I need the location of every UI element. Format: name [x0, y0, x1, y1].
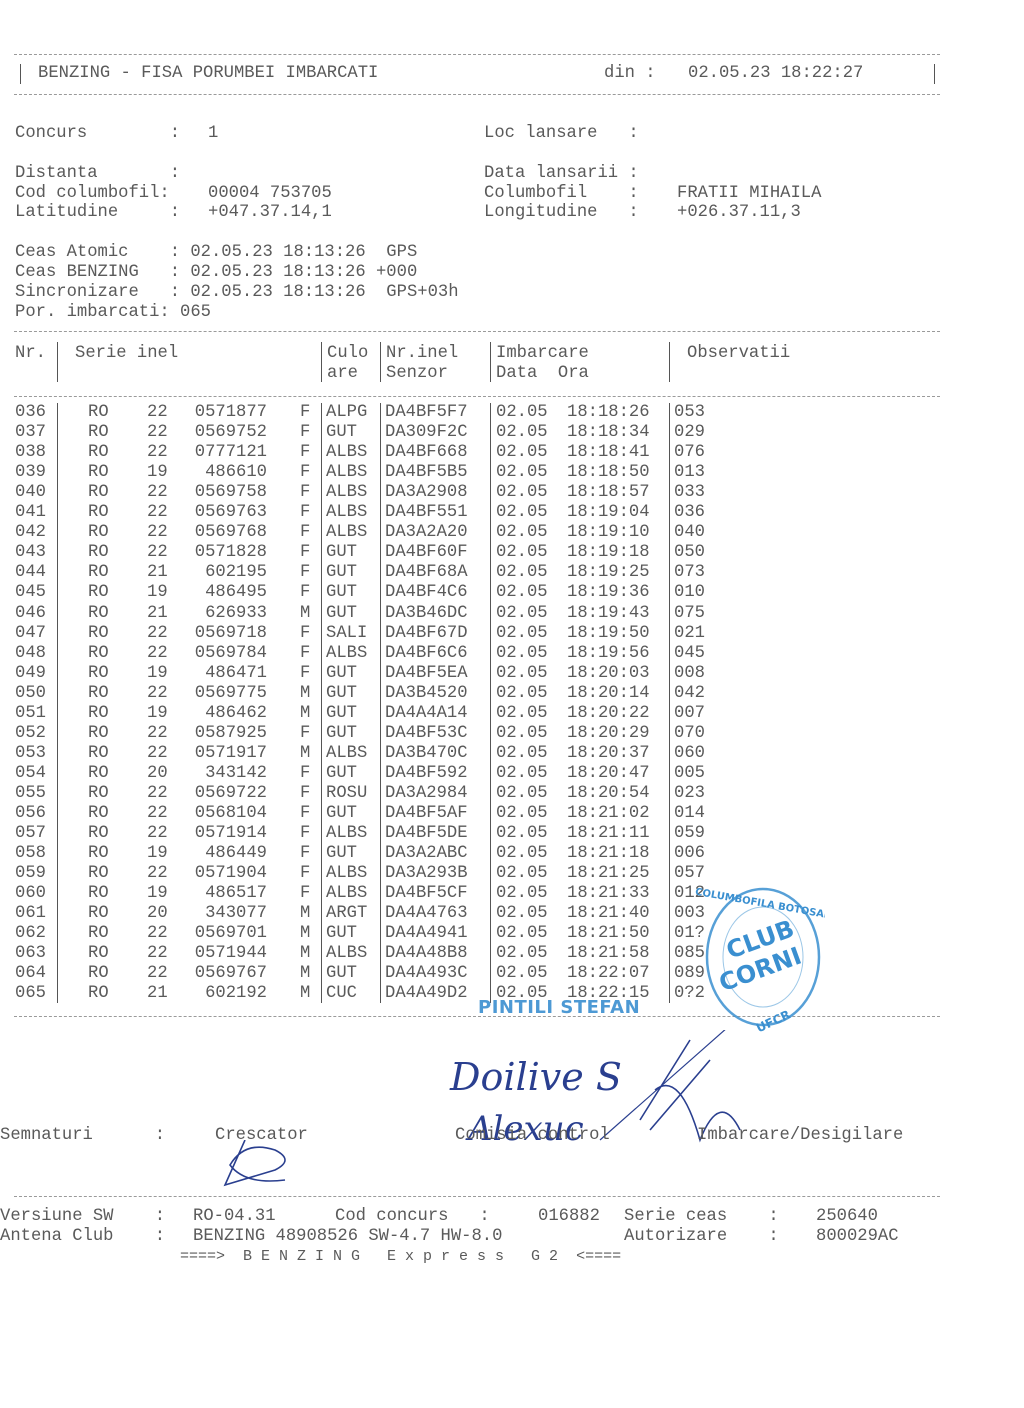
row-observatii: 050 [674, 543, 705, 563]
row-observatii: 059 [674, 824, 705, 844]
header-nr: Nr. [15, 344, 46, 364]
row-country: RO [88, 804, 109, 824]
row-sensor: DA4A48B8 [385, 944, 468, 964]
row-year: 22 [147, 443, 168, 463]
row-date: 02.05 [496, 884, 548, 904]
print-date-value: 02.05.23 18:22:27 [688, 64, 863, 84]
row-country: RO [88, 844, 109, 864]
header-observatii: Observatii [687, 344, 790, 364]
row-year: 22 [147, 804, 168, 824]
row-year: 22 [147, 864, 168, 884]
row-year: 22 [147, 924, 168, 944]
row-year: 19 [147, 583, 168, 603]
row-observatii: 070 [674, 724, 705, 744]
row-ring-number: 0569767 [172, 964, 267, 984]
col-divider [669, 342, 670, 382]
row-nr: 038 [15, 443, 46, 463]
row-sensor: DA3B46DC [385, 604, 468, 624]
row-year: 19 [147, 844, 168, 864]
row-date: 02.05 [496, 664, 548, 684]
row-time: 18:20:37 [567, 744, 650, 764]
row-sex: F [300, 664, 310, 684]
stamp-name: PINTILI STEFAN [478, 997, 640, 1018]
row-sensor: DA4A493C [385, 964, 468, 984]
row-country: RO [88, 563, 109, 583]
row-sex: M [300, 924, 310, 944]
row-nr: 050 [15, 684, 46, 704]
row-sensor: DA3A2908 [385, 483, 468, 503]
loc-lansare-label: Loc lansare : [484, 124, 639, 144]
row-date: 02.05 [496, 924, 548, 944]
row-date: 02.05 [496, 463, 548, 483]
row-country: RO [88, 604, 109, 624]
row-time: 18:21:40 [567, 904, 650, 924]
row-ring-number: 343077 [172, 904, 267, 924]
row-color: GUT [326, 664, 357, 684]
longitudine-value: +026.37.11,3 [677, 203, 801, 223]
row-sex: F [300, 583, 310, 603]
row-color: GUT [326, 924, 357, 944]
row-sensor: DA4BF60F [385, 543, 468, 563]
row-country: RO [88, 463, 109, 483]
row-color: ALBS [326, 644, 367, 664]
row-country: RO [88, 724, 109, 744]
row-date: 02.05 [496, 944, 548, 964]
col-divider [669, 403, 670, 1003]
row-color: GUT [326, 764, 357, 784]
row-observatii: 076 [674, 443, 705, 463]
row-time: 18:19:25 [567, 563, 650, 583]
row-sex: F [300, 463, 310, 483]
row-observatii: 040 [674, 523, 705, 543]
row-nr: 065 [15, 984, 46, 1004]
row-date: 02.05 [496, 804, 548, 824]
row-time: 18:19:50 [567, 624, 650, 644]
row-country: RO [88, 523, 109, 543]
row-year: 22 [147, 503, 168, 523]
row-observatii: 033 [674, 483, 705, 503]
versiune-label: Versiune SW : [0, 1207, 165, 1227]
row-sensor: DA4BF592 [385, 764, 468, 784]
row-color: GUT [326, 604, 357, 624]
row-country: RO [88, 824, 109, 844]
concurs-value: 1 [208, 124, 218, 144]
row-ring-number: 0571914 [172, 824, 267, 844]
row-observatii: 006 [674, 844, 705, 864]
row-time: 18:18:50 [567, 463, 650, 483]
row-ring-number: 486471 [172, 664, 267, 684]
header-imbarcare-2: Data Ora [496, 364, 589, 384]
row-sex: F [300, 844, 310, 864]
row-country: RO [88, 924, 109, 944]
row-color: ALBS [326, 884, 367, 904]
row-sensor: DA4BF5AF [385, 804, 468, 824]
row-sex: F [300, 804, 310, 824]
row-time: 18:20:47 [567, 764, 650, 784]
row-time: 18:19:18 [567, 543, 650, 563]
row-observatii: 008 [674, 664, 705, 684]
row-sensor: DA4BF4C6 [385, 583, 468, 603]
row-observatii: 021 [674, 624, 705, 644]
row-sex: F [300, 543, 310, 563]
row-sex: F [300, 824, 310, 844]
row-year: 19 [147, 664, 168, 684]
serie-ceas-value: 250640 [816, 1207, 878, 1227]
row-time: 18:20:29 [567, 724, 650, 744]
row-sex: F [300, 423, 310, 443]
header-culoare-2: are [327, 364, 358, 384]
crescator-signature-icon [215, 1140, 295, 1190]
row-color: GUT [326, 844, 357, 864]
row-color: ARGT [326, 904, 367, 924]
row-date: 02.05 [496, 443, 548, 463]
row-year: 22 [147, 964, 168, 984]
row-date: 02.05 [496, 724, 548, 744]
row-ring-number: 486462 [172, 704, 267, 724]
row-sex: F [300, 724, 310, 744]
row-nr: 041 [15, 503, 46, 523]
row-sex: F [300, 563, 310, 583]
col-divider [490, 342, 491, 382]
header-left-border [20, 64, 21, 84]
row-sensor: DA4BF668 [385, 443, 468, 463]
row-ring-number: 0571877 [172, 403, 267, 423]
row-observatii: 057 [674, 864, 705, 884]
row-time: 18:21:50 [567, 924, 650, 944]
row-time: 18:21:58 [567, 944, 650, 964]
porumbei-imbarcati: Por. imbarcati: 065 [15, 303, 211, 323]
longitudine-label: Longitudine : [484, 203, 639, 223]
row-ring-number: 0571917 [172, 744, 267, 764]
row-sex: F [300, 884, 310, 904]
row-sensor: DA4BF67D [385, 624, 468, 644]
row-nr: 053 [15, 744, 46, 764]
row-nr: 048 [15, 644, 46, 664]
row-time: 18:21:11 [567, 824, 650, 844]
serie-ceas-label: Serie ceas : [624, 1207, 779, 1227]
col-divider [321, 403, 322, 1003]
row-sensor: DA4BF53C [385, 724, 468, 744]
row-country: RO [88, 624, 109, 644]
row-time: 18:22:07 [567, 964, 650, 984]
row-nr: 049 [15, 664, 46, 684]
autorizare-label: Autorizare : [624, 1227, 779, 1247]
semnaturi-label: Semnaturi : [0, 1126, 165, 1146]
row-sensor: DA3A2A20 [385, 523, 468, 543]
row-date: 02.05 [496, 844, 548, 864]
row-nr: 040 [15, 483, 46, 503]
row-ring-number: 486517 [172, 884, 267, 904]
row-observatii: 007 [674, 704, 705, 724]
row-ring-number: 0569775 [172, 684, 267, 704]
row-ring-number: 0569784 [172, 644, 267, 664]
row-nr: 047 [15, 624, 46, 644]
row-time: 18:20:54 [567, 784, 650, 804]
header-imbarcare-1: Imbarcare [496, 344, 589, 364]
row-date: 02.05 [496, 624, 548, 644]
row-observatii: 010 [674, 583, 705, 603]
row-nr: 044 [15, 563, 46, 583]
row-ring-number: 0569701 [172, 924, 267, 944]
row-sex: M [300, 984, 310, 1004]
row-ring-number: 0569758 [172, 483, 267, 503]
row-date: 02.05 [496, 604, 548, 624]
row-year: 21 [147, 984, 168, 1004]
row-observatii: 053 [674, 403, 705, 423]
row-time: 18:20:03 [567, 664, 650, 684]
comisia-label: Comisia control [455, 1126, 610, 1146]
row-color: GUT [326, 964, 357, 984]
row-sex: F [300, 483, 310, 503]
row-country: RO [88, 904, 109, 924]
row-date: 02.05 [496, 964, 548, 984]
row-ring-number: 626933 [172, 604, 267, 624]
row-ring-number: 486449 [172, 844, 267, 864]
row-time: 18:21:25 [567, 864, 650, 884]
row-sensor: DA309F2C [385, 423, 468, 443]
row-ring-number: 0571904 [172, 864, 267, 884]
row-date: 02.05 [496, 824, 548, 844]
row-sex: F [300, 523, 310, 543]
row-color: GUT [326, 704, 357, 724]
document-title: BENZING - FISA PORUMBEI IMBARCATI [38, 64, 378, 84]
row-color: ALBS [326, 944, 367, 964]
row-year: 20 [147, 904, 168, 924]
row-country: RO [88, 944, 109, 964]
row-sex: F [300, 624, 310, 644]
row-sex: M [300, 744, 310, 764]
row-year: 22 [147, 724, 168, 744]
row-sex: F [300, 764, 310, 784]
row-date: 02.05 [496, 744, 548, 764]
row-color: GUT [326, 804, 357, 824]
row-nr: 059 [15, 864, 46, 884]
col-divider [380, 342, 381, 382]
row-sex: M [300, 964, 310, 984]
row-year: 22 [147, 403, 168, 423]
row-time: 18:20:22 [567, 704, 650, 724]
cod-concurs-label: Cod concurs : [335, 1207, 490, 1227]
row-nr: 045 [15, 583, 46, 603]
row-year: 22 [147, 944, 168, 964]
row-date: 02.05 [496, 423, 548, 443]
header-bottom-rule [14, 94, 940, 95]
row-ring-number: 0568104 [172, 804, 267, 824]
row-sex: M [300, 704, 310, 724]
row-year: 19 [147, 884, 168, 904]
row-observatii: 013 [674, 463, 705, 483]
row-color: ALBS [326, 864, 367, 884]
row-observatii: 045 [674, 644, 705, 664]
row-sensor: DA3B470C [385, 744, 468, 764]
row-sensor: DA4BF5CF [385, 884, 468, 904]
row-country: RO [88, 744, 109, 764]
row-time: 18:18:41 [567, 443, 650, 463]
row-country: RO [88, 984, 109, 1004]
row-color: ALBS [326, 744, 367, 764]
print-date-label: din : [604, 64, 656, 84]
row-country: RO [88, 884, 109, 904]
col-divider [321, 342, 322, 382]
row-nr: 043 [15, 543, 46, 563]
row-time: 18:20:14 [567, 684, 650, 704]
row-sensor: DA4BF5F7 [385, 403, 468, 423]
row-color: SALI [326, 624, 367, 644]
row-sensor: DA4BF551 [385, 503, 468, 523]
row-date: 02.05 [496, 904, 548, 924]
row-country: RO [88, 684, 109, 704]
row-ring-number: 602192 [172, 984, 267, 1004]
row-color: GUT [326, 423, 357, 443]
row-observatii: 023 [674, 784, 705, 804]
row-sensor: DA4A49D2 [385, 984, 468, 1004]
row-sensor: DA4A4763 [385, 904, 468, 924]
table-top-rule [14, 331, 940, 332]
row-color: GUT [326, 563, 357, 583]
row-color: ROSU [326, 784, 367, 804]
col-divider [57, 403, 58, 1003]
row-time: 18:18:57 [567, 483, 650, 503]
row-sex: M [300, 604, 310, 624]
row-sex: M [300, 904, 310, 924]
row-year: 22 [147, 483, 168, 503]
row-year: 21 [147, 604, 168, 624]
col-divider [380, 403, 381, 1003]
row-sex: F [300, 784, 310, 804]
row-ring-number: 0569718 [172, 624, 267, 644]
row-year: 22 [147, 684, 168, 704]
row-ring-number: 0569768 [172, 523, 267, 543]
cod-columbofil-value: 00004 753705 [208, 184, 332, 204]
row-observatii: 029 [674, 423, 705, 443]
imbarcare-label: Imbarcare/Desigilare [697, 1126, 903, 1146]
row-country: RO [88, 503, 109, 523]
row-date: 02.05 [496, 523, 548, 543]
svg-text:COLUMBOFILA BOTOSANI: COLUMBOFILA BOTOSANI [695, 887, 825, 923]
row-date: 02.05 [496, 563, 548, 583]
antena-value: BENZING 48908526 SW-4.7 HW-8.0 [193, 1227, 502, 1247]
row-ring-number: 0571944 [172, 944, 267, 964]
row-ring-number: 0569722 [172, 784, 267, 804]
row-observatii: 042 [674, 684, 705, 704]
row-year: 22 [147, 624, 168, 644]
col-divider [490, 403, 491, 1003]
row-date: 02.05 [496, 644, 548, 664]
crescator-label: Crescator [215, 1126, 308, 1146]
row-date: 02.05 [496, 864, 548, 884]
row-date: 02.05 [496, 704, 548, 724]
row-nr: 037 [15, 423, 46, 443]
row-sex: F [300, 644, 310, 664]
row-color: GUT [326, 583, 357, 603]
row-nr: 046 [15, 604, 46, 624]
row-nr: 057 [15, 824, 46, 844]
row-sensor: DA4BF6C6 [385, 644, 468, 664]
row-sensor: DA4A4A14 [385, 704, 468, 724]
latitudine-label: Latitudine : [15, 203, 180, 223]
row-year: 19 [147, 704, 168, 724]
row-date: 02.05 [496, 503, 548, 523]
row-observatii: 073 [674, 563, 705, 583]
row-time: 18:21:18 [567, 844, 650, 864]
header-serie-inel: Serie inel [75, 344, 178, 364]
row-time: 18:18:26 [567, 403, 650, 423]
row-sensor: DA3B4520 [385, 684, 468, 704]
row-country: RO [88, 964, 109, 984]
row-year: 20 [147, 764, 168, 784]
latitudine-value: +047.37.14,1 [208, 203, 332, 223]
row-nr: 060 [15, 884, 46, 904]
row-sensor: DA4BF5EA [385, 664, 468, 684]
row-sex: F [300, 403, 310, 423]
row-sensor: DA3A2ABC [385, 844, 468, 864]
row-color: ALBS [326, 824, 367, 844]
antena-label: Antena Club : [0, 1227, 165, 1247]
columbofil-value: FRATII MIHAILA [677, 184, 821, 204]
footer-rule [14, 1196, 940, 1197]
row-year: 22 [147, 543, 168, 563]
row-nr: 052 [15, 724, 46, 744]
row-color: GUT [326, 724, 357, 744]
row-country: RO [88, 704, 109, 724]
row-country: RO [88, 864, 109, 884]
row-sex: F [300, 864, 310, 884]
club-stamp-icon: CLUB CORNI UFCR COLUMBOFILA BOTOSANI [695, 885, 825, 1045]
row-year: 21 [147, 563, 168, 583]
row-country: RO [88, 644, 109, 664]
row-ring-number: 0569763 [172, 503, 267, 523]
row-date: 02.05 [496, 684, 548, 704]
header-nr-inel-1: Nr.inel [386, 344, 458, 364]
sincronizare: Sincronizare : 02.05.23 18:13:26 GPS+03h [15, 283, 459, 303]
row-sex: F [300, 443, 310, 463]
row-country: RO [88, 784, 109, 804]
row-country: RO [88, 543, 109, 563]
ceas-benzing: Ceas BENZING : 02.05.23 18:13:26 +000 [15, 263, 417, 283]
autorizare-value: 800029AC [816, 1227, 899, 1247]
cod-columbofil-label: Cod columbofil: [15, 184, 170, 204]
row-time: 18:19:04 [567, 503, 650, 523]
ceas-atomic: Ceas Atomic : 02.05.23 18:13:26 GPS [15, 243, 417, 263]
row-ring-number: 0777121 [172, 443, 267, 463]
header-right-border [934, 64, 935, 84]
row-sensor: DA3A293B [385, 864, 468, 884]
row-color: ALBS [326, 503, 367, 523]
row-color: GUT [326, 543, 357, 563]
row-year: 22 [147, 644, 168, 664]
row-observatii: 075 [674, 604, 705, 624]
row-country: RO [88, 423, 109, 443]
concurs-label: Concurs : [15, 124, 180, 144]
versiune-value: RO-04.31 [193, 1207, 276, 1227]
row-nr: 061 [15, 904, 46, 924]
row-nr: 062 [15, 924, 46, 944]
row-date: 02.05 [496, 764, 548, 784]
row-ring-number: 486495 [172, 583, 267, 603]
row-time: 18:19:56 [567, 644, 650, 664]
col-divider [57, 342, 58, 382]
header-top-rule [14, 54, 940, 55]
row-observatii: 014 [674, 804, 705, 824]
brand-line: ====> B E N Z I N G E x p r e s s G 2 <=… [180, 1247, 621, 1267]
cod-concurs-value: 016882 [538, 1207, 600, 1227]
row-date: 02.05 [496, 784, 548, 804]
row-nr: 036 [15, 403, 46, 423]
row-sensor: DA4BF68A [385, 563, 468, 583]
row-year: 22 [147, 824, 168, 844]
row-color: ALBS [326, 483, 367, 503]
row-nr: 058 [15, 844, 46, 864]
